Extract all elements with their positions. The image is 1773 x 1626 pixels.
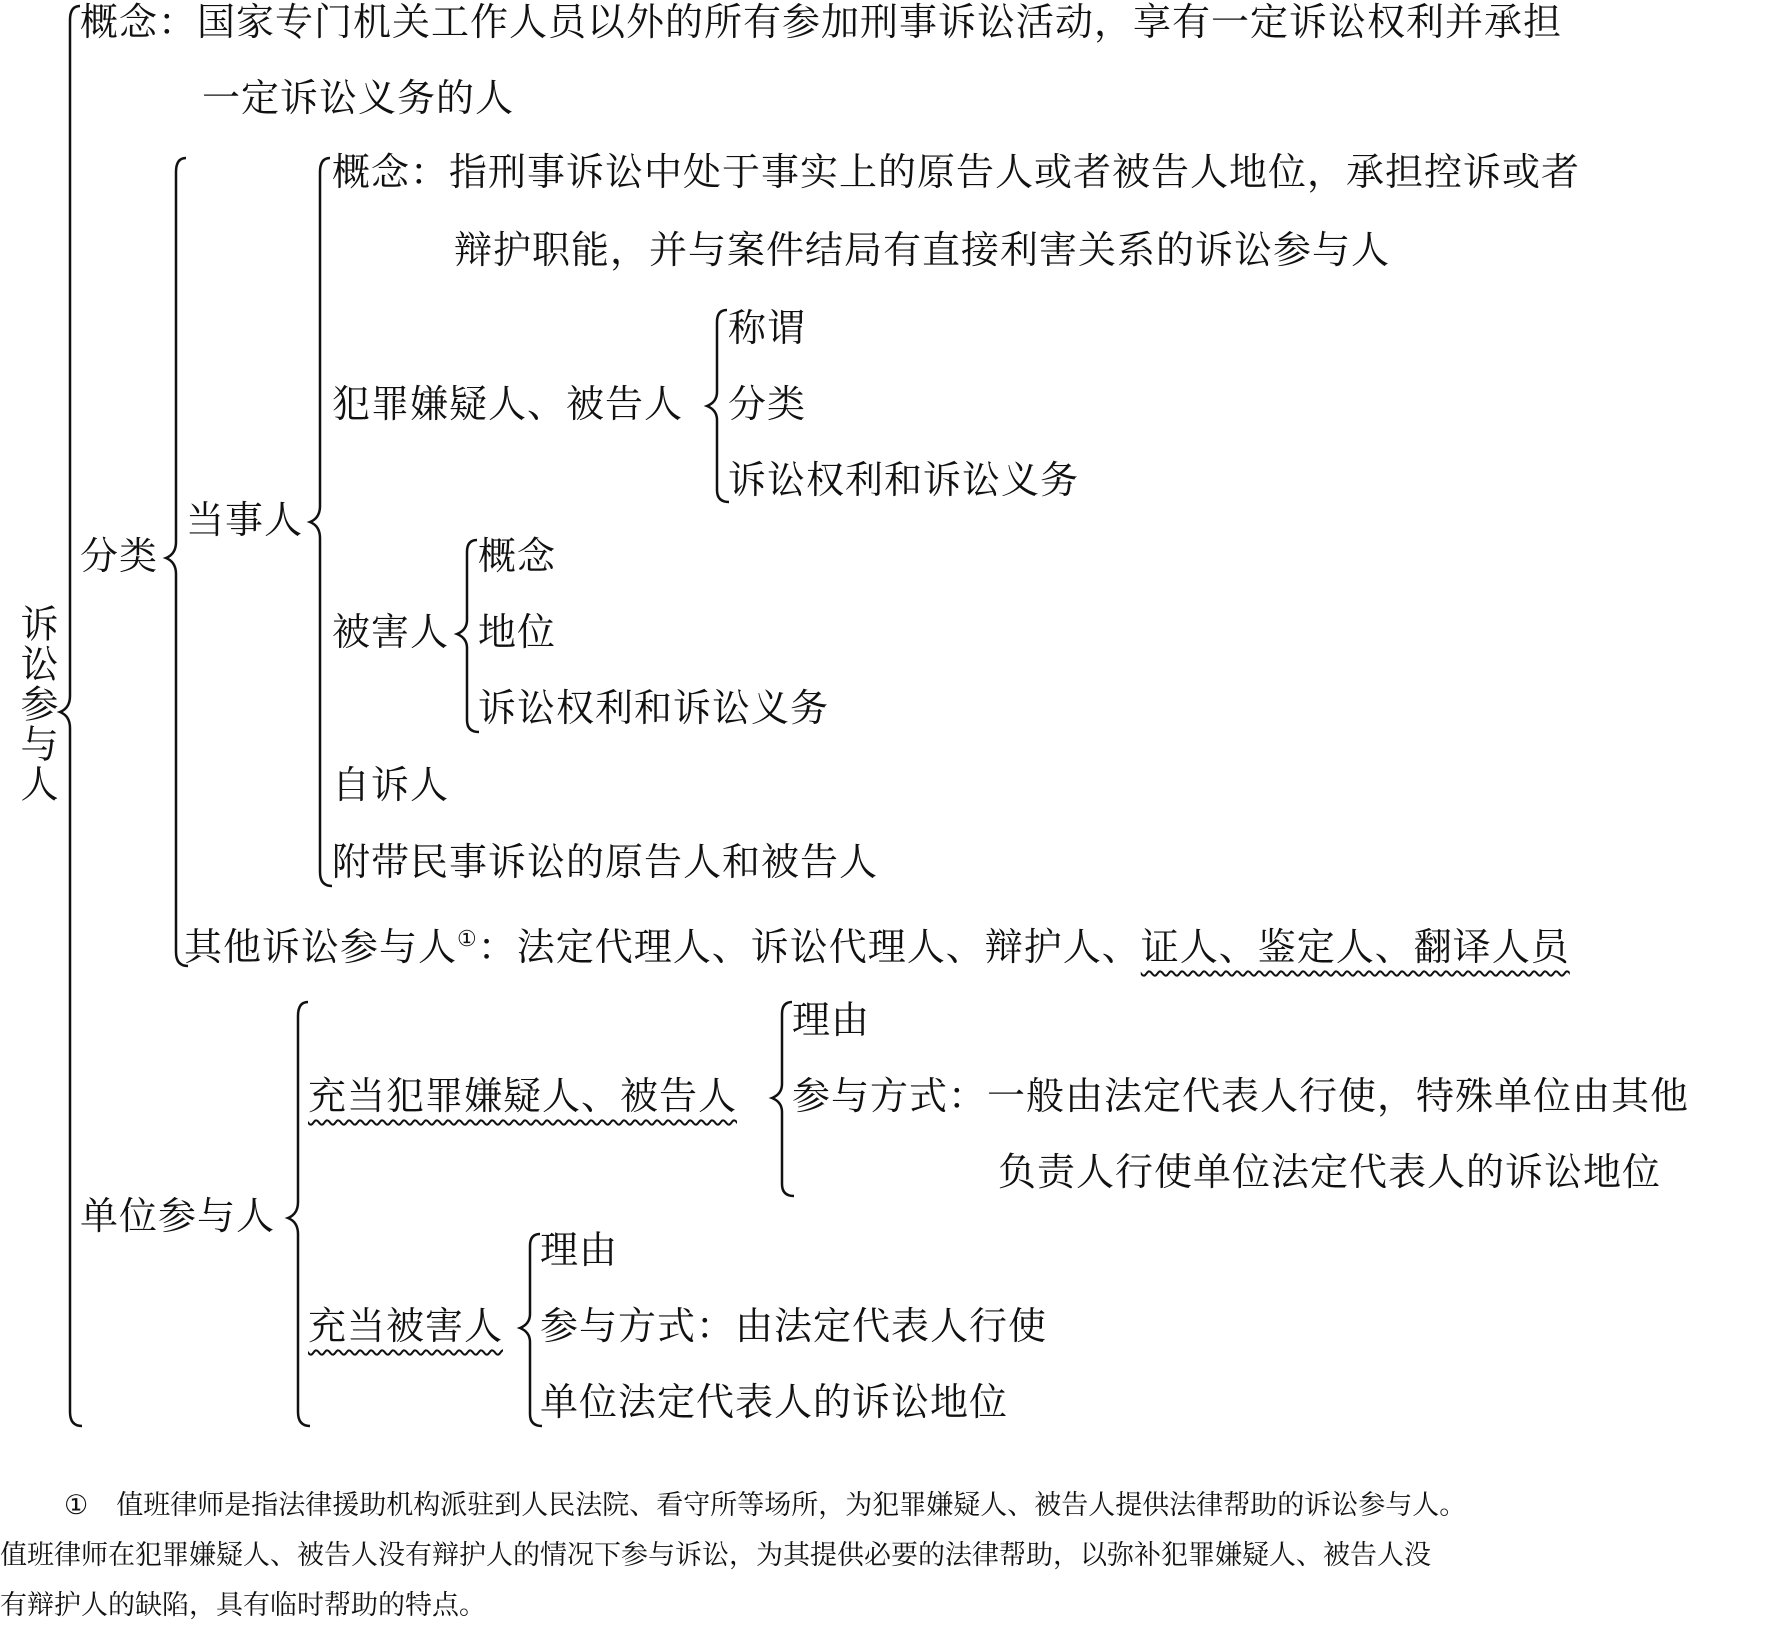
parties-concept-text-1: 指刑事诉讼中处于事实上的原告人或者被告人地位，承担控诉或者: [449, 150, 1580, 194]
concept-line1: 概念：国家专门机关工作人员以外的所有参加刑事诉讼活动，享有一定诉讼权利并承担: [80, 0, 1562, 44]
suspect-item-classification: 分类: [728, 382, 806, 426]
brace-victim: [457, 540, 479, 732]
unit-suspect-method-text-2: 负责人行使单位法定代表人的诉讼地位: [998, 1150, 1661, 1194]
unit-suspect-label-text: 充当犯罪嫌疑人、被告人: [308, 1074, 737, 1118]
footnote-text-2: 值班律师在犯罪嫌疑人、被告人没有辩护人的情况下参与诉讼，为其提供必要的法律帮助，…: [0, 1530, 1773, 1582]
victim-item-rights: 诉讼权利和诉讼义务: [478, 686, 829, 730]
footnote-text-1: 值班律师是指法律援助机构派驻到人民法院、看守所等场所，为犯罪嫌疑人、被告人提供法…: [116, 1490, 1466, 1521]
victim-item-concept: 概念: [478, 534, 556, 578]
unit-victim-reason: 理由: [540, 1228, 618, 1272]
brace-parties: [310, 158, 332, 886]
unit-victim-label: 充当被害人: [308, 1304, 503, 1348]
others-label: 其他诉讼参与人: [184, 925, 457, 969]
unit-victim-method: 参与方式：由法定代表人行使: [540, 1304, 1047, 1348]
footnote-line1: ①值班律师是指法律援助机构派驻到人民法院、看守所等场所，为犯罪嫌疑人、被告人提供…: [0, 1480, 1773, 1532]
unit-suspect-reason: 理由: [792, 998, 870, 1042]
brace-suspect: [707, 310, 729, 502]
unit-victim-status: 单位法定代表人的诉讼地位: [540, 1380, 1008, 1424]
brace-unit-victim: [520, 1234, 542, 1426]
parties-concept-text-2: 辩护职能，并与案件结局有直接利害关系的诉讼参与人: [454, 228, 1390, 272]
parties-concept-line1: 概念：指刑事诉讼中处于事实上的原告人或者被告人地位，承担控诉或者: [332, 150, 1580, 194]
unit-suspect-method-text-1: 一般由法定代表人行使，特殊单位由其他: [987, 1074, 1689, 1118]
footnote-mark: ①: [64, 1490, 88, 1521]
others-list-emphasized: 证人、鉴定人、翻译人员: [1141, 925, 1570, 969]
brace-root: [60, 6, 82, 1426]
unit-victim-label-text: 充当被害人: [308, 1304, 503, 1348]
victim-label: 被害人: [332, 610, 449, 654]
others-line: 其他诉讼参与人①：法定代理人、诉讼代理人、辩护人、证人、鉴定人、翻译人员: [184, 918, 1570, 969]
footnote-text-3: 有辩护人的缺陷，具有临时帮助的特点。: [0, 1580, 1773, 1626]
concept-text-1: 国家专门机关工作人员以外的所有参加刑事诉讼活动，享有一定诉讼权利并承担: [197, 0, 1562, 44]
unit-suspect-method-label: 参与方式：: [792, 1074, 987, 1118]
suspect-item-rights: 诉讼权利和诉讼义务: [728, 458, 1079, 502]
civil-parties: 附带民事诉讼的原告人和被告人: [332, 840, 878, 884]
concept-text-2: 一定诉讼义务的人: [202, 76, 514, 120]
footnote-ref[interactable]: ①: [457, 927, 478, 952]
victim-item-status: 地位: [478, 610, 556, 654]
root-label: 诉讼参与人: [14, 604, 58, 804]
suspect-item-title: 称谓: [728, 306, 806, 350]
unit-label: 单位参与人: [80, 1194, 275, 1238]
others-colon: ：: [478, 925, 517, 969]
unit-suspect-label: 充当犯罪嫌疑人、被告人: [308, 1074, 737, 1118]
classification-label: 分类: [80, 534, 158, 578]
unit-suspect-method-line1: 参与方式：一般由法定代表人行使，特殊单位由其他: [792, 1074, 1689, 1118]
concept-label: 概念：: [80, 0, 197, 44]
parties-concept-label: 概念：: [332, 150, 449, 194]
brace-classification: [166, 158, 188, 966]
others-list: 法定代理人、诉讼代理人、辩护人、: [517, 925, 1141, 969]
brace-unit-suspect: [772, 1002, 794, 1196]
brace-unit: [288, 1002, 310, 1426]
suspect-label: 犯罪嫌疑人、被告人: [332, 382, 683, 426]
parties-label: 当事人: [186, 498, 303, 542]
private-prosecutor: 自诉人: [332, 763, 449, 807]
